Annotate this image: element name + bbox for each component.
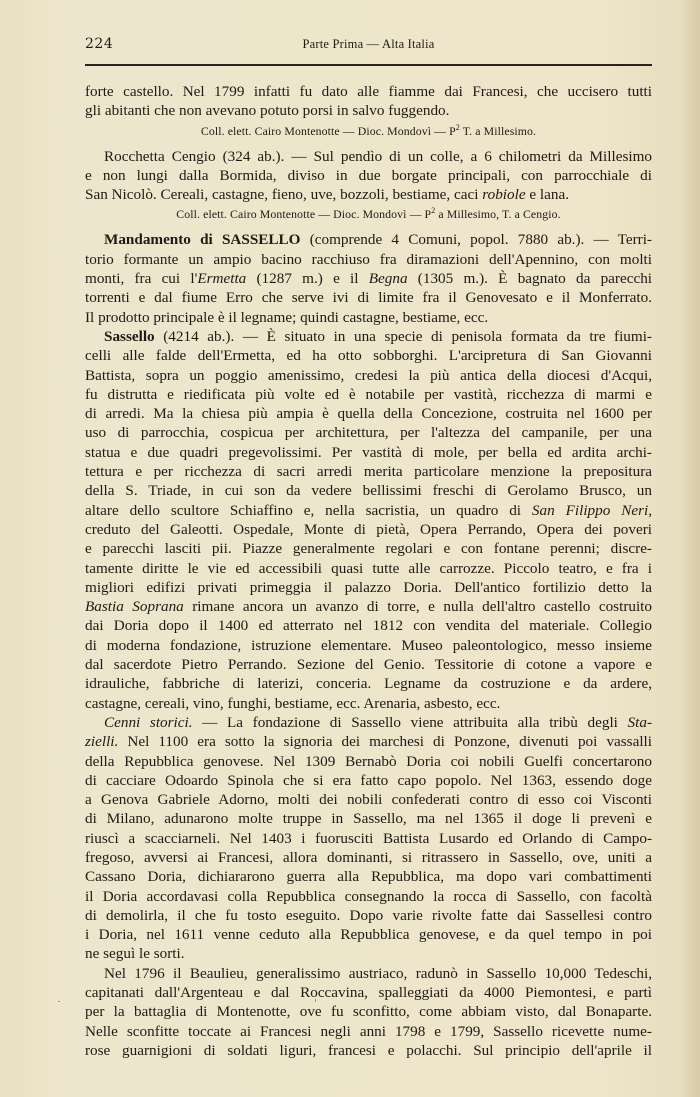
text-line: Sassello (4214 ab.). — È situato in una … bbox=[85, 327, 652, 346]
entry-sassello: Sassello (4214 ab.). — È situato in una … bbox=[85, 327, 652, 713]
text-span: (comprende 4 Comuni, popol. 7880 ab.). —… bbox=[301, 231, 653, 248]
text-span: Nel 1100 era sotto la signoria dei march… bbox=[118, 733, 652, 750]
text-line: Il prodotto principale è il legname; qui… bbox=[85, 308, 652, 327]
text-line: monti, fra cui l'Ermetta (1287 m.) e il … bbox=[85, 269, 652, 288]
text-line: di Milano, adunarono molte truppe in Sas… bbox=[85, 809, 652, 828]
text-line: statua e due quadri pregevolissimi. Per … bbox=[85, 443, 652, 462]
text-line: Bastia Soprana rimane ancora un avanzo d… bbox=[85, 597, 652, 616]
paper-speck bbox=[315, 999, 316, 1002]
italic-term: zielli. bbox=[85, 733, 118, 750]
text-line: dai Doria dopo il 1400 ed atterrato nel … bbox=[85, 616, 652, 635]
text-line: a Genova Gabriele Adorno, molti dei nobi… bbox=[85, 790, 652, 809]
entry-heading: Sassello bbox=[104, 328, 155, 345]
note-text: a Millesimo, T. a Cengio. bbox=[435, 207, 560, 221]
text-line: dal sacerdote Pietro Perrando. Sezione d… bbox=[85, 655, 652, 674]
text-span: , bbox=[648, 502, 652, 519]
text-line: della Repubblica genovese. Nel 1309 Bern… bbox=[85, 752, 652, 771]
text-span: San Nicolò. Cereali, castagne, fieno, uv… bbox=[85, 186, 482, 203]
text-line: e non lungi dalla Bormida, diviso in due… bbox=[85, 166, 652, 185]
text-line: creduto del Galeotti. Ospedale, Monte di… bbox=[85, 520, 652, 539]
text-span: rimane ancora un avanzo di torre, e null… bbox=[184, 598, 652, 615]
text-line: Mandamento di SASSELLO (comprende 4 Comu… bbox=[85, 230, 652, 249]
text-line: i Doria, nel 1611 venne ceduto alla Repu… bbox=[85, 925, 652, 944]
text-line: della S. Triade, in cui son da vedere be… bbox=[85, 481, 652, 500]
text-line: torrenti e dal fiume Erro che serve ivi … bbox=[85, 288, 652, 307]
text-line: fu distrutta e riedificata più volte ed … bbox=[85, 385, 652, 404]
text-line: Battista, sopra un poggio amenissimo, cr… bbox=[85, 366, 652, 385]
text-line: castagne, cereali, vino, funghi, bestiam… bbox=[85, 694, 652, 713]
text-line: migliori edifizi privati primeggia il pa… bbox=[85, 578, 652, 597]
header-rule bbox=[85, 64, 652, 66]
text-line: zielli. Nel 1100 era sotto la signoria d… bbox=[85, 732, 652, 751]
text-line: Cassano Doria, dichiararono guerra alla … bbox=[85, 867, 652, 886]
text-line: di moderna fondazione, istruzione elemen… bbox=[85, 636, 652, 655]
paper-speck bbox=[58, 1001, 60, 1002]
text-span: (4214 ab.). — È situato in una specie di… bbox=[155, 328, 652, 345]
text-line: per la battaglia di Montenotte, ove fu s… bbox=[85, 1002, 652, 1021]
admin-note: Coll. elett. Cairo Montenotte — Dioc. Mo… bbox=[85, 205, 652, 223]
text-line: di arredi. Ma la chiesa più ampia è quel… bbox=[85, 404, 652, 423]
text-line: celli alle falde dell'Ermetta, ed ha ott… bbox=[85, 346, 652, 365]
text-line: San Nicolò. Cereali, castagne, fieno, uv… bbox=[85, 185, 652, 204]
italic-term: robiole bbox=[482, 186, 525, 203]
text-line: tettura e per ricchezza di sacri arredi … bbox=[85, 462, 652, 481]
entry-rocchetta-cengio: Rocchetta Cengio (324 ab.). — Sul pendìo… bbox=[85, 147, 652, 224]
note-text: Coll. elett. Cairo Montenotte — Dioc. Mo… bbox=[201, 124, 456, 138]
text-line: ne seguì le sorti. bbox=[85, 944, 652, 963]
text-span: — La fondazione di Sassello viene attrib… bbox=[193, 714, 628, 731]
text-span: monti, fra cui l' bbox=[85, 270, 197, 287]
italic-term: Begna bbox=[369, 270, 408, 287]
italic-term: Ermetta bbox=[197, 270, 246, 287]
entry-heading: Cenni storici. bbox=[104, 714, 193, 731]
text-span: altare dello scultore Schiaffino e, nell… bbox=[85, 502, 532, 519]
text-line: e parecchi lasciti pii. Piazze generalme… bbox=[85, 539, 652, 558]
body-text: forte castello. Nel 1799 infatti fu dato… bbox=[85, 82, 652, 1060]
text-line: Rocchetta Cengio (324 ab.). — Sul pendìo… bbox=[85, 147, 652, 166]
text-line: torio formante un ampio bacino racchiuso… bbox=[85, 250, 652, 269]
text-line: di demolirla, il che fu tosto eseguito. … bbox=[85, 906, 652, 925]
running-title: Parte Prima — Alta Italia bbox=[85, 37, 652, 52]
text-line: forte castello. Nel 1799 infatti fu dato… bbox=[85, 82, 652, 101]
book-page: 224 Parte Prima — Alta Italia forte cast… bbox=[0, 0, 700, 1097]
text-line: di cacciare Odoardo Spinola che si era f… bbox=[85, 771, 652, 790]
entry-heading: Mandamento di SASSELLO bbox=[104, 231, 301, 248]
text-span: e lana. bbox=[526, 186, 569, 203]
text-line: riuscì a scacciarneli. Nel 1403 i fuorus… bbox=[85, 829, 652, 848]
italic-term: Bastia Soprana bbox=[85, 598, 184, 615]
text-line: altare dello scultore Schiaffino e, nell… bbox=[85, 501, 652, 520]
text-line: gli abitanti che non avevano potuto pors… bbox=[85, 101, 652, 120]
paragraph-beaulieu: Nel 1796 il Beaulieu, generalissimo aust… bbox=[85, 964, 652, 1060]
text-span: (1287 m.) e il bbox=[246, 270, 368, 287]
page-header: 224 Parte Prima — Alta Italia bbox=[85, 36, 652, 56]
entry-cenni-storici: Cenni storici. — La fondazione di Sassel… bbox=[85, 713, 652, 964]
entry-heading: Rocchetta Cengio bbox=[104, 148, 216, 165]
admin-note: Coll. elett. Cairo Montenotte — Dioc. Mo… bbox=[85, 122, 652, 140]
text-line: Nelle sconfitte toccate ai Francesi negl… bbox=[85, 1022, 652, 1041]
text-line: uso di parrocchia, cospicua per architet… bbox=[85, 423, 652, 442]
italic-term: Sta- bbox=[628, 714, 652, 731]
note-text: Coll. elett. Cairo Montenotte — Dioc. Mo… bbox=[176, 207, 431, 221]
entry-mandamento-sassello: Mandamento di SASSELLO (comprende 4 Comu… bbox=[85, 230, 652, 326]
paragraph-continuation: forte castello. Nel 1799 infatti fu dato… bbox=[85, 82, 652, 140]
text-line: rose guarnigioni di soldati liguri, fran… bbox=[85, 1041, 652, 1060]
text-line: fregoso, avversi ai Francesi, allora dom… bbox=[85, 848, 652, 867]
text-line: tamente diritte le vie ed accessibili qu… bbox=[85, 559, 652, 578]
text-span: (324 ab.). — Sul pendìo di un colle, a 6… bbox=[216, 148, 652, 165]
text-line: Nel 1796 il Beaulieu, generalissimo aust… bbox=[85, 964, 652, 983]
text-line: idrauliche, fabbriche di laterizi, conce… bbox=[85, 674, 652, 693]
text-span: (1305 m.). È bagnato da parecchi bbox=[408, 270, 652, 287]
text-line: il Doria accordavasi colla Repubblica co… bbox=[85, 887, 652, 906]
italic-term: San Filippo Neri bbox=[532, 502, 648, 519]
note-text: T. a Millesimo. bbox=[460, 124, 536, 138]
text-line: Cenni storici. — La fondazione di Sassel… bbox=[85, 713, 652, 732]
text-line: capitanati dall'Argenteau e dal Roccavin… bbox=[85, 983, 652, 1002]
